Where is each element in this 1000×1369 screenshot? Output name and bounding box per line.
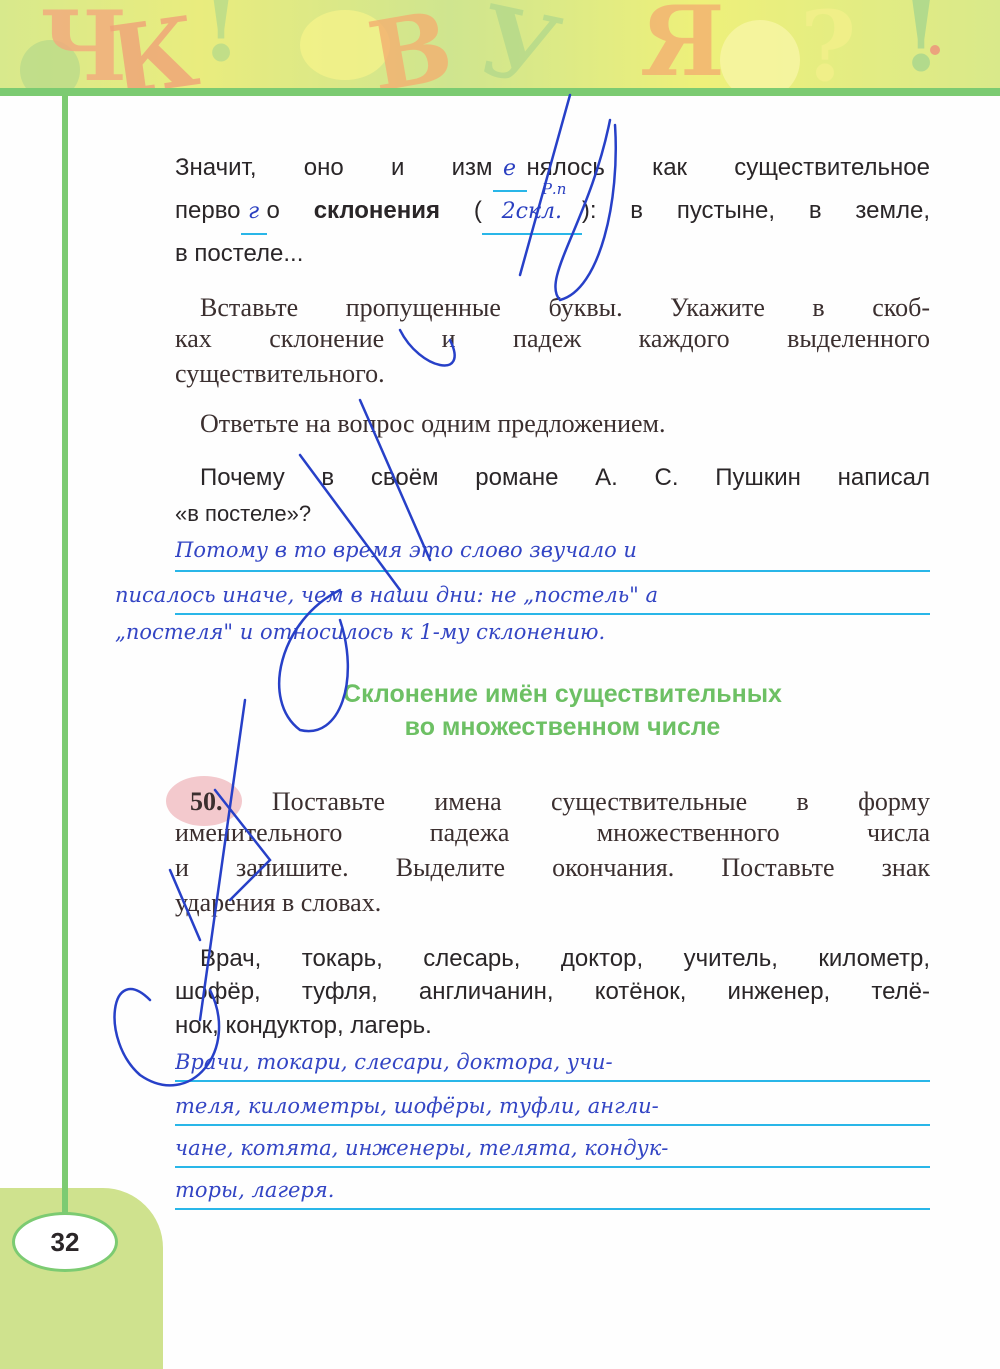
text: перво <box>175 197 241 224</box>
intro-line-2: первого склонения (2скл.Р.п): в пустыне,… <box>175 189 930 235</box>
answer-line <box>175 1124 930 1126</box>
decor-letter-k: К <box>103 0 205 90</box>
filled-letter: е <box>493 147 527 192</box>
section-title-line-2: во множественном числе <box>185 711 940 744</box>
question-prompt: Ответьте на вопрос одним предложением. <box>200 402 955 445</box>
instruction-line-3: существительного. <box>175 352 930 395</box>
decor-letter-u: У <box>469 0 569 90</box>
answer-line <box>175 1208 930 1210</box>
decor-letter-ya: Я <box>640 0 725 90</box>
handwritten-answer-line-1: Потому в то время это слово звучало и <box>175 538 945 562</box>
text: ): в пустыне, в земле, <box>582 197 930 224</box>
decor-letter-q: ? <box>800 0 856 90</box>
task-50-line-4: ударения в словах. <box>175 881 930 924</box>
handwritten-answer-line-1: Врачи, токари, слесари, доктора, учи- <box>175 1050 945 1074</box>
bold-term: склонения <box>314 197 440 224</box>
margin-line <box>62 1180 68 1214</box>
header-divider <box>0 88 1000 96</box>
header-banner: Ч К ! В У Я ? ! <box>0 0 1000 90</box>
answer-line <box>175 1166 930 1168</box>
decor-blob <box>720 20 800 90</box>
handwritten-answer-line-2: теля, километры, шофёры, туфли, англи- <box>175 1094 945 1118</box>
question-line-2: «в постеле»? <box>175 492 930 535</box>
handwritten-answer-line-3: „постеля" и относилось к 1-му склонению. <box>115 620 885 644</box>
answer-line <box>175 570 930 572</box>
page-number: 32 <box>12 1212 118 1272</box>
handwritten-answer-line-4: торы, лагеря. <box>175 1178 945 1202</box>
decor-letter-exclaim: ! <box>900 0 942 90</box>
case-note: Р.п <box>542 168 567 211</box>
section-title-line-1: Склонение имён существительных <box>185 678 940 711</box>
decor-letter-exclaim: ! <box>200 0 242 83</box>
text: Значит, оно и изм <box>175 154 493 181</box>
margin-line <box>62 90 68 1180</box>
handwritten-answer-line-3: чане, котята, инженеры, телята, кондук- <box>175 1136 945 1160</box>
text: о <box>267 197 314 224</box>
answer-line <box>175 1080 930 1082</box>
answer-line <box>175 613 930 615</box>
intro-line-3: в постеле... <box>175 232 930 275</box>
text: нялось как существительное <box>527 154 930 181</box>
word-list-line-3: нок, кондуктор, лагерь. <box>175 1004 930 1047</box>
declension-answer: 2скл.Р.п <box>482 190 582 235</box>
decor-letter-v: В <box>361 0 461 90</box>
filled-letter: г <box>241 190 267 235</box>
handwritten-answer-line-2: писалось иначе, чем в наши дни: не „пост… <box>115 583 885 607</box>
text: ( <box>440 197 482 224</box>
